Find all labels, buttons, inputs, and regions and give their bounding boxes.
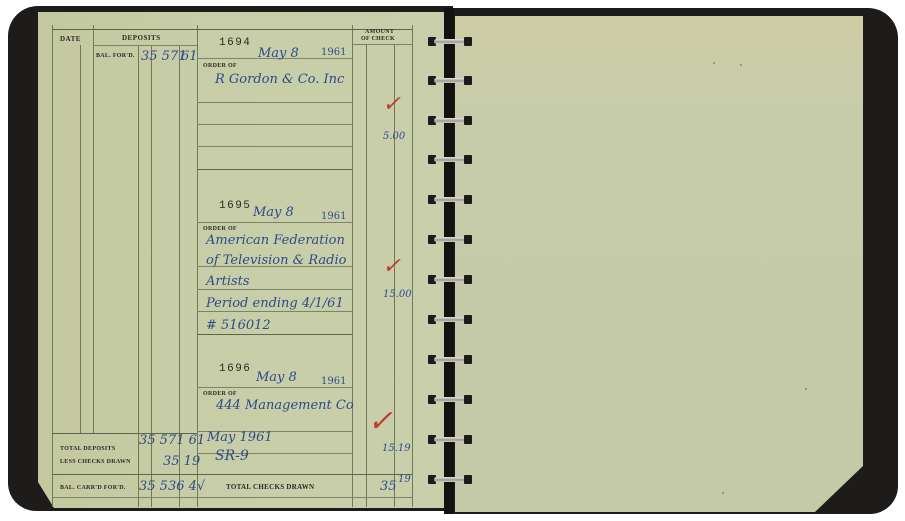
grid-rule <box>197 146 352 147</box>
blank-right-page <box>455 16 863 512</box>
grid-rule <box>197 124 352 125</box>
check-memo-line: May 1961 <box>207 430 273 445</box>
order-of-label: ORDER OF <box>203 63 237 69</box>
spiral-ring <box>428 76 472 85</box>
spiral-ring <box>428 195 472 204</box>
spiral-ring <box>428 315 472 324</box>
check-memo-line: Period ending 4/1/61 <box>206 296 344 311</box>
check-payee: 444 Management Co <box>216 398 354 413</box>
check-year: 1961 <box>321 376 346 387</box>
check-memo-line: of Television & Radio <box>206 253 347 268</box>
check-payee: American Federation <box>206 233 345 248</box>
grid-rule <box>52 29 412 30</box>
paper-speck <box>722 492 724 494</box>
total-checks-drawn-cents: 19 <box>398 474 411 485</box>
order-of-label: ORDER OF <box>203 391 237 397</box>
check-number: 1695 <box>219 200 251 212</box>
bal-carried-forward-label: BAL. CARR'D FOR'D. <box>60 485 126 491</box>
amount-of-check-header-line1: AMOUNT <box>365 29 394 35</box>
date-column-header: DATE <box>60 35 81 43</box>
grid-rule <box>93 45 197 46</box>
bal-forward-label: BAL. FOR'D. <box>96 53 135 59</box>
spiral-ring <box>428 235 472 244</box>
deposits-column-header: DEPOSITS <box>122 34 161 42</box>
check-payee: R Gordon & Co. Inc <box>215 72 344 87</box>
grid-rule <box>52 25 53 507</box>
grid-rule <box>197 387 352 388</box>
check-memo-line: Artists <box>206 274 250 289</box>
spiral-ring <box>428 37 472 46</box>
check-amount: 15.19 <box>382 443 411 454</box>
spiral-ring <box>428 116 472 125</box>
grid-rule <box>197 334 352 335</box>
check-date: May 8 <box>258 46 299 61</box>
grid-rule <box>93 25 94 433</box>
check-date: May 8 <box>253 205 294 220</box>
check-memo-line: # 516012 <box>206 318 271 333</box>
total-deposits-label: TOTAL DEPOSITS <box>60 446 116 452</box>
paper-speck <box>805 388 807 390</box>
spiral-ring <box>428 475 472 484</box>
grid-rule <box>197 169 352 170</box>
less-checks-drawn-value: 35 19 <box>163 454 200 469</box>
grid-rule <box>352 25 353 507</box>
grid-rule <box>197 102 352 103</box>
spiral-ring <box>428 435 472 444</box>
bal-carried-forward-value: 35 536 4√ <box>139 479 205 494</box>
spiral-ring <box>428 395 472 404</box>
grid-rule <box>197 289 352 290</box>
grid-rule <box>352 44 412 45</box>
bal-forward-cents: 61 <box>181 49 198 64</box>
order-of-label: ORDER OF <box>203 226 237 232</box>
check-number: 1696 <box>219 363 251 375</box>
total-deposits-value: 35 571 61 <box>139 433 205 448</box>
paper-speck <box>740 64 742 66</box>
check-date: May 8 <box>256 370 297 385</box>
spiral-ring <box>428 275 472 284</box>
grid-rule <box>80 45 81 433</box>
grid-rule <box>197 311 352 312</box>
check-amount: 5.00 <box>383 131 405 142</box>
check-year: 1961 <box>321 211 346 222</box>
grid-rule <box>52 497 412 498</box>
check-memo-line: SR-9 <box>215 448 249 464</box>
less-checks-drawn-label: LESS CHECKS DRAWN <box>60 459 131 465</box>
spiral-ring <box>428 155 472 164</box>
total-checks-drawn-label: TOTAL CHECKS DRAWN <box>226 483 314 491</box>
grid-rule <box>412 25 413 507</box>
check-year: 1961 <box>321 47 346 58</box>
paper-speck <box>713 62 715 64</box>
grid-rule <box>52 474 412 475</box>
check-amount: 15.00 <box>383 289 412 300</box>
check-number: 1694 <box>219 37 251 49</box>
amount-of-check-header-line2: OF CHECK <box>361 36 395 42</box>
spiral-ring <box>428 355 472 364</box>
total-checks-drawn-dollars: 35 <box>380 479 397 494</box>
grid-rule <box>197 222 352 223</box>
bal-forward-dollars: 35 571 <box>141 49 187 64</box>
